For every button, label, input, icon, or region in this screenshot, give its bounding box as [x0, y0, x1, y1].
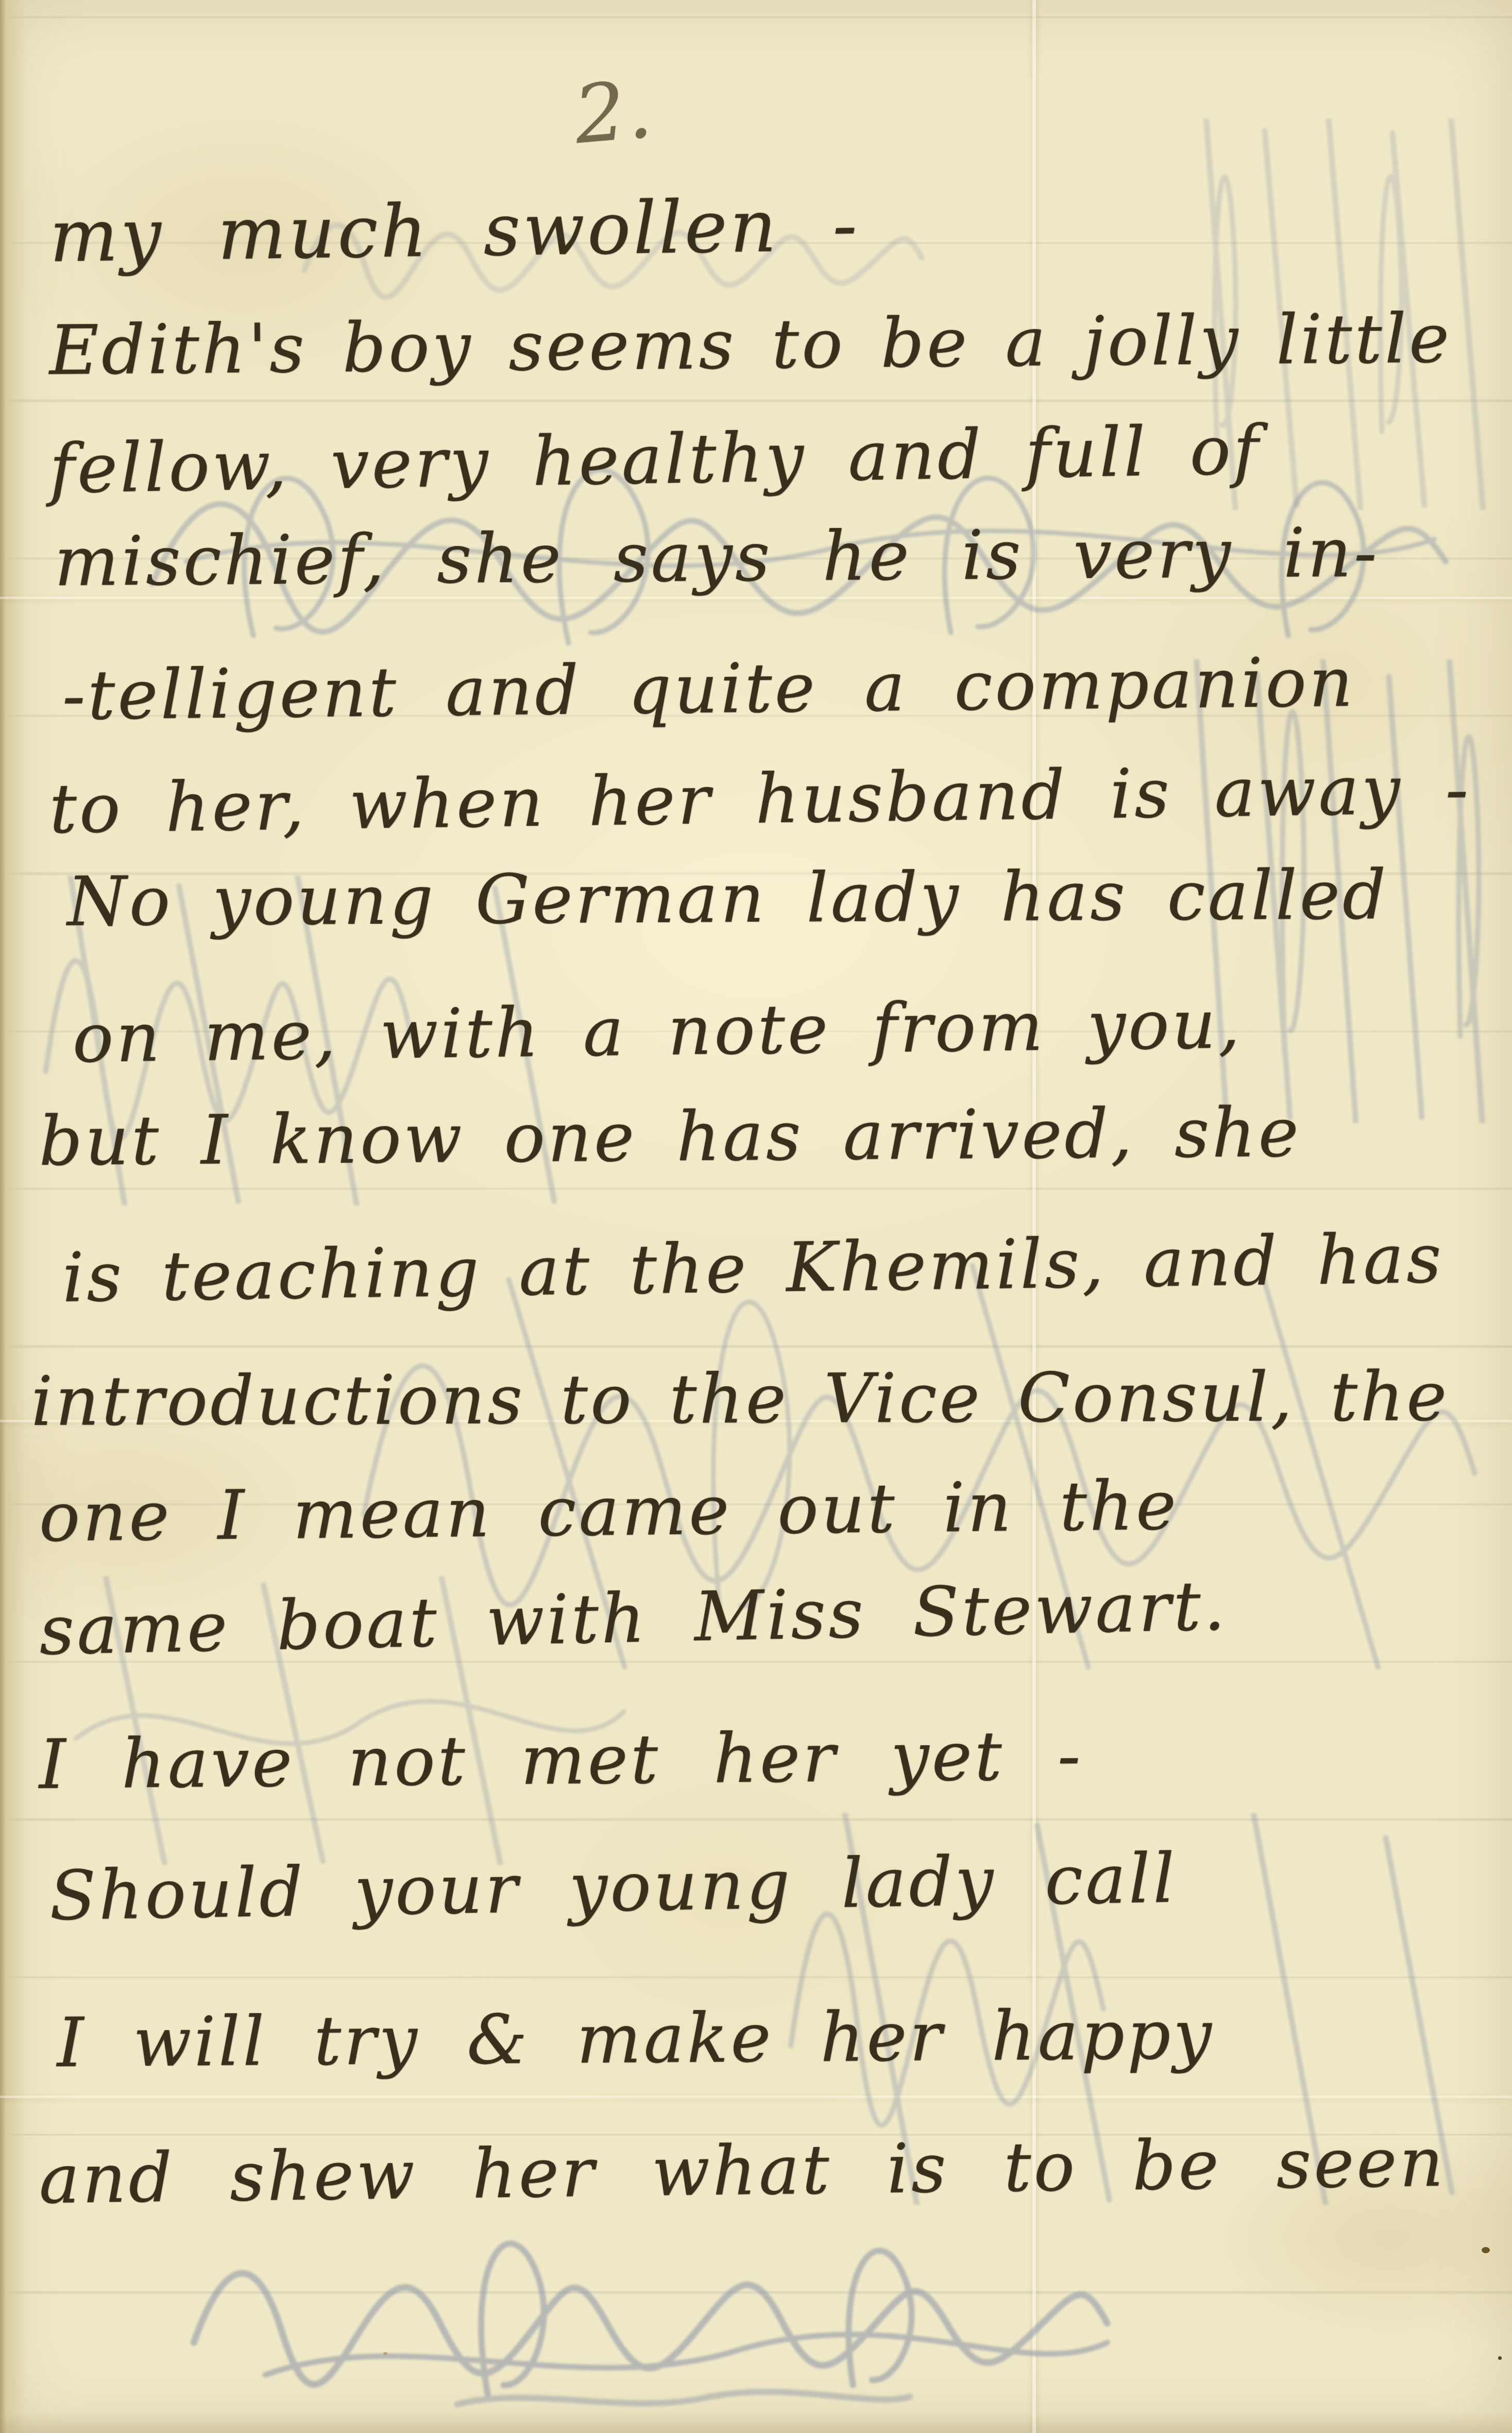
- horizontal-fold-crease: [0, 2096, 1512, 2098]
- handwritten-line-13: same boat with Miss Stewart.: [39, 1572, 1228, 1665]
- handwritten-line-8: on me, with a note from you,: [72, 990, 1243, 1073]
- handwritten-line-5: -telligent and quite a companion: [62, 649, 1355, 730]
- handwritten-line-10: is teaching at the Khemils, and has: [62, 1225, 1444, 1312]
- handwritten-line-2: Edith's boy seems to be a jolly little: [49, 304, 1452, 385]
- handwritten-line-11: introductions to the Vice Consul, the: [31, 1363, 1450, 1436]
- paper-speck: [383, 2352, 387, 2355]
- ink-speck: [1498, 2356, 1502, 2360]
- ink-speck: [1482, 2247, 1490, 2253]
- handwritten-line-17: and shew her what is to be seen: [39, 2129, 1446, 2214]
- handwritten-line-4: mischief, she says he is very in-: [54, 519, 1380, 596]
- handwritten-line-1: my much swollen -: [49, 190, 860, 273]
- paper-left-edge: [0, 0, 31, 2433]
- handwritten-line-12: one I mean came out in the: [39, 1472, 1179, 1552]
- handwritten-line-9: but I know one has arrived, she: [39, 1099, 1301, 1176]
- handwritten-line-7: No young German lady has called: [67, 861, 1389, 936]
- letter-page: 2. my much swollen - Edith's boy seems t…: [0, 0, 1512, 2433]
- bleed-through-signature: [170, 2220, 1123, 2426]
- page-number: 2.: [571, 69, 656, 156]
- paper-bottom-edge: [0, 2412, 1512, 2433]
- handwritten-line-15: Should your young lady call: [49, 1845, 1178, 1930]
- handwritten-line-14: I have not met her yet -: [39, 1722, 1083, 1799]
- handwritten-line-6: to her, when her husband is away -: [49, 755, 1471, 843]
- handwritten-line-16: I will try & make her happy: [57, 2001, 1214, 2077]
- handwritten-line-3: fellow, very healthy and full of: [49, 416, 1262, 503]
